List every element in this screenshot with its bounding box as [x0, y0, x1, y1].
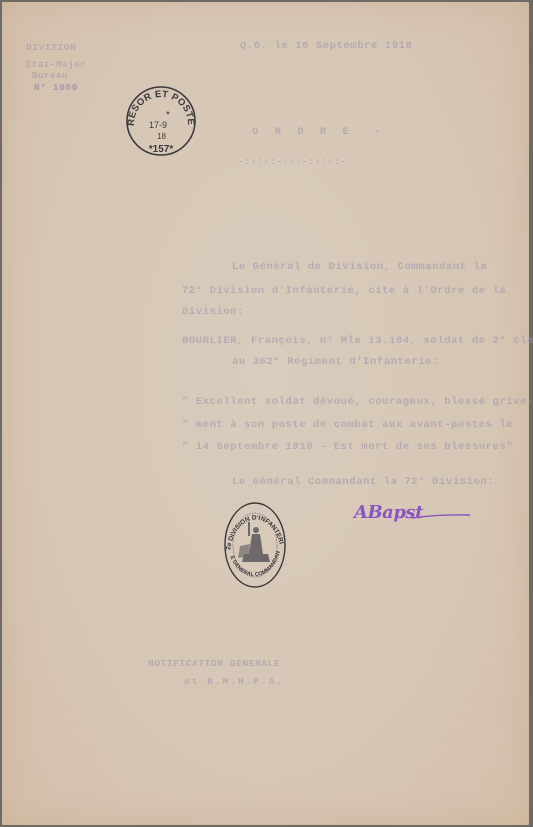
- intro-line-3: Division:: [182, 306, 244, 318]
- page-title: O R D R E: [252, 126, 354, 138]
- footer-line-2: et R.M.H.P.A.: [184, 676, 284, 687]
- closing-line: Le Général Commandant la 72° Division:: [232, 476, 494, 488]
- citation-line-1: " Excellent soldat dévoué, courageux, bl…: [182, 396, 533, 408]
- marianne-figure-icon: [238, 522, 270, 562]
- postal-date: 17-9: [149, 120, 167, 130]
- signature-flourish-icon: [412, 512, 472, 520]
- header-bureau: Bureau: [32, 71, 68, 81]
- citation-line-2: " ment à son poste de combat aux avant-p…: [182, 419, 513, 431]
- header-etat-major: Etat-Major: [26, 60, 86, 70]
- signature: ABapst: [354, 502, 423, 523]
- intro-line-2: 72° Division d'Infanterie, cite à l'Ordr…: [182, 285, 506, 297]
- soldier-line-1: BOURLIER, François, n° Mle 13.184, solda…: [182, 335, 533, 347]
- postal-bottom-text: *157*: [149, 144, 174, 155]
- intro-line-1: Le Général de Division, Commandant la: [232, 261, 487, 273]
- division-seal-stamp: 72e DIVISION D'INFANTERIE LE GENERAL COM…: [222, 500, 286, 590]
- title-rule: -:-:-:-:-:-:-:-:-: [238, 157, 347, 167]
- document-page: DIVISION Etat-Major Bureau N° 1050 Q.G. …: [2, 2, 529, 825]
- header-division: DIVISION: [26, 42, 76, 53]
- title-dash: -: [374, 126, 381, 138]
- footer-line-1: NOTIFICATION GENERALE: [148, 658, 280, 669]
- postal-cancel-stamp: TRESOR ET POSTES *157* 17-9 18 *: [124, 84, 198, 158]
- postal-year: 18: [157, 132, 166, 141]
- place-date: Q.G. le 16 Septembre 1918: [240, 40, 413, 52]
- soldier-line-2: au 362° Régiment d'Infanterie:: [232, 356, 439, 368]
- postal-star: *: [166, 110, 170, 121]
- citation-line-3: " 14 Septembre 1918 - Est mort de ses bl…: [182, 441, 513, 453]
- header-number: N° 1050: [34, 82, 78, 93]
